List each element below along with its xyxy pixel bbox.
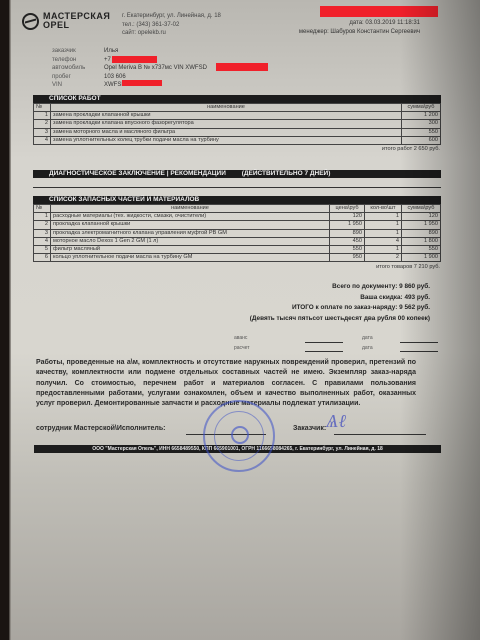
advance-line	[305, 342, 343, 343]
customer-signature-mark: Ѧℓ	[326, 411, 346, 432]
col-number: №	[34, 104, 51, 112]
table-row: 3замена моторного масла и масляного филь…	[34, 128, 441, 136]
company-phone: тел.: (343) 361-37-02	[122, 21, 221, 30]
phone-label: телефон	[52, 56, 104, 65]
diagnostics-validity: (ДЕЙСТВИТЕЛЬНО 7 ДНЕЙ)	[242, 170, 331, 177]
table-row: 2замена прокладки клапана впускного фазо…	[34, 120, 441, 128]
company-stamp	[203, 400, 275, 472]
table-row: 5фильтр масляный5501550	[34, 245, 441, 253]
stamp-logo-icon	[231, 426, 249, 444]
opel-logo-icon	[22, 13, 39, 30]
vin-label: VIN	[52, 81, 104, 90]
works-table-header: № наименование сумма\руб	[34, 104, 441, 112]
settlement-label: расчет	[234, 345, 250, 351]
advance-label: аванс	[234, 335, 247, 341]
redacted-vin	[122, 80, 162, 86]
redacted-car-vin	[216, 63, 268, 71]
works-table: № наименование сумма\руб 1замена проклад…	[33, 103, 441, 145]
customer-label: заказчик	[52, 47, 104, 56]
photo-shadow	[400, 0, 480, 640]
company-logo: МАСТЕРСКАЯ OPEL	[22, 12, 110, 30]
col-qty: кол-во\шт	[365, 205, 402, 213]
table-row: 1замена прокладки клапанной крышки1 200	[34, 112, 441, 120]
table-row: 1расходные материалы (тех. жидкости, сма…	[34, 213, 441, 221]
col-name: наименование	[51, 205, 330, 213]
table-row: 3прокладка электромагнитного клапана упр…	[34, 229, 441, 237]
car-value: Opel Meriva B № х737мс VIN XWFSD	[104, 64, 207, 73]
advance-date-label: дата	[362, 335, 373, 341]
diagnostics-section-title: ДИАГНОСТИЧЕСКОЕ ЗАКЛЮЧЕНИЕ | РЕКОМЕНДАЦИ…	[33, 170, 441, 178]
diagnostics-title: ДИАГНОСТИЧЕСКОЕ ЗАКЛЮЧЕНИЕ | РЕКОМЕНДАЦИ…	[49, 170, 226, 177]
employee-signature-label: сотрудник Мастерской\Исполнитель:	[36, 425, 166, 432]
company-site: сайт: opelekb.ru	[122, 29, 221, 38]
car-label: автомобиль	[52, 64, 104, 73]
table-row: 6кольцо уплотнительное подачи масла на т…	[34, 254, 441, 262]
table-row: 4замена уплотнительных колец трубки пода…	[34, 136, 441, 144]
company-address: г. Екатеринбург, ул. Линейная, д. 18	[122, 12, 221, 21]
parts-section-title: СПИСОК ЗАПАСНЫХ ЧАСТЕЙ И МАТЕРИАЛОВ	[33, 196, 441, 204]
logo-line-2: OPEL	[43, 21, 110, 30]
settlement-date-label: дата	[362, 345, 373, 351]
table-row: 4моторное масло Dexos 1 Gen 2 GM (1 л)45…	[34, 237, 441, 245]
works-section-title: СПИСОК РАБОТ	[33, 95, 441, 103]
phone-value: +7	[104, 56, 111, 65]
redacted-phone	[112, 56, 157, 63]
company-contacts: г. Екатеринбург, ул. Линейная, д. 18 тел…	[122, 12, 221, 38]
mileage-label: пробег	[52, 73, 104, 82]
parts-table-header: № наименование цена\руб кол-во\шт сумма\…	[34, 205, 441, 213]
customer-value: Илья	[104, 47, 118, 56]
settlement-line	[305, 351, 343, 352]
col-price: цена\руб	[330, 205, 365, 213]
customer-signature-label: Заказчик:	[293, 425, 326, 432]
divider	[33, 187, 441, 188]
col-number: №	[34, 205, 51, 213]
table-row: 2прокладка клапанной крышки1 95011 950	[34, 221, 441, 229]
col-name: наименование	[51, 104, 402, 112]
parts-table: № наименование цена\руб кол-во\шт сумма\…	[33, 204, 441, 262]
